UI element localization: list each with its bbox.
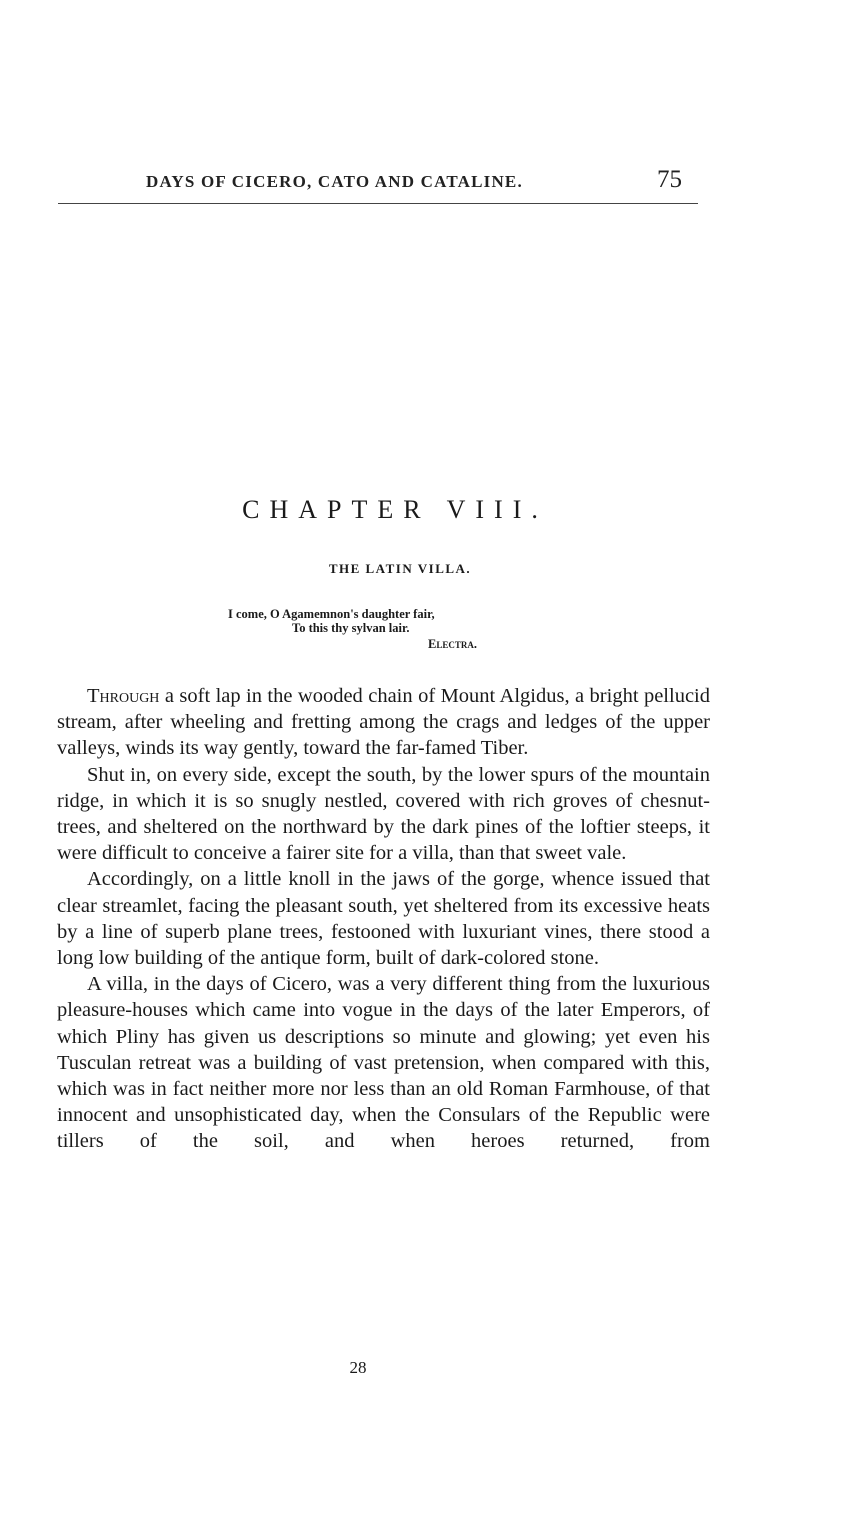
running-head: DAYS OF CICERO, CATO AND CATALINE. 75 — [58, 168, 698, 198]
signature-mark: 28 — [0, 1358, 716, 1378]
epigraph-attribution: Electra. — [228, 637, 477, 651]
epigraph-line-2: To this thy sylvan lair. — [228, 621, 477, 635]
header-rule — [58, 203, 698, 204]
paragraph: Through a soft lap in the wooded chain o… — [57, 683, 710, 762]
paragraph: Accordingly, on a little knoll in the ja… — [57, 866, 710, 971]
paragraph: Shut in, on every side, except the south… — [57, 762, 710, 867]
chapter-subtitle: THE LATIN VILLA. — [0, 561, 800, 577]
epigraph-line-1: I come, O Agamemnon's daughter fair, — [228, 607, 477, 621]
page-number: 75 — [657, 166, 682, 194]
paragraph: A villa, in the days of Cicero, was a ve… — [57, 971, 710, 1154]
chapter-title: CHAPTER VIII. — [0, 495, 790, 525]
epigraph: I come, O Agamemnon's daughter fair, To … — [228, 607, 477, 651]
running-title: DAYS OF CICERO, CATO AND CATALINE. — [146, 172, 523, 192]
paragraph-lead-word: Through — [87, 685, 159, 707]
body-text: Through a soft lap in the wooded chain o… — [57, 683, 710, 1155]
